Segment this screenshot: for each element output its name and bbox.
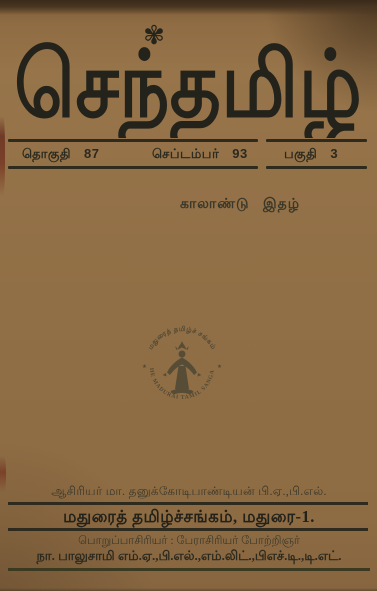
divider-rule-imprint-2 bbox=[8, 528, 368, 531]
divider-rule-imprint-1 bbox=[8, 502, 368, 505]
part-field: பகுதி3 bbox=[284, 146, 338, 163]
month-year: 93 bbox=[232, 146, 247, 161]
masthead: ✾ செந்தமிழ் bbox=[6, 12, 370, 138]
editor-line: ஆசிரியர் மா. தனுக்கோடிபாண்டியன் பி.ஏ.,பி… bbox=[10, 484, 368, 500]
binding-stain-mark bbox=[0, 116, 5, 196]
publisher-line: மதுரைத் தமிழ்ச்சங்கம், மதுரை-1. bbox=[10, 507, 368, 529]
seal-right-star-icon: ★ bbox=[217, 364, 222, 370]
sangam-seal-art: மதுரைத் தமிழ்ச் சங்கம் THE MADURAI TAMIL… bbox=[138, 321, 226, 409]
journal-cover: ✾ செந்தமிழ் தொகுதி87 செப்டம்பர்93 பகுதி3… bbox=[0, 0, 377, 591]
divider-rule-bottom-right bbox=[266, 166, 367, 169]
volume-label: தொகுதி bbox=[22, 146, 71, 161]
subtitle-quarterly-journal: காலாண்டு இதழ் bbox=[140, 197, 340, 214]
month-field: செப்டம்பர்93 bbox=[152, 146, 248, 163]
divider-rule-top-left bbox=[8, 139, 258, 142]
responsible-editor-title-line: பொறுப்பாசிரியர் : பேராசிரியர் போற்றிஞர் bbox=[10, 535, 368, 549]
seal-left-star-icon: ★ bbox=[142, 364, 147, 370]
responsible-editor-name-line: நா. பாலுசாமி எம்.ஏ.,பி.எல்.,எம்.லிட்.,பி… bbox=[10, 548, 368, 565]
divider-rule-top-right bbox=[266, 139, 367, 142]
part-label: பகுதி bbox=[284, 146, 317, 161]
journal-title: செந்தமிழ் bbox=[14, 34, 362, 138]
divider-rule-imprint-3 bbox=[8, 568, 370, 571]
volume-field: தொகுதி87 bbox=[22, 146, 99, 163]
volume-number: 87 bbox=[84, 146, 99, 161]
seal-deity-figure-icon bbox=[163, 341, 202, 394]
journal-title-art: ✾ செந்தமிழ் bbox=[6, 12, 370, 138]
binding-stain-mark bbox=[0, 456, 6, 492]
divider-rule-bottom-left bbox=[8, 166, 258, 169]
sangam-seal: மதுரைத் தமிழ்ச் சங்கம் THE MADURAI TAMIL… bbox=[138, 321, 226, 409]
part-number: 3 bbox=[330, 146, 338, 161]
month-label: செப்டம்பர் bbox=[152, 146, 219, 161]
